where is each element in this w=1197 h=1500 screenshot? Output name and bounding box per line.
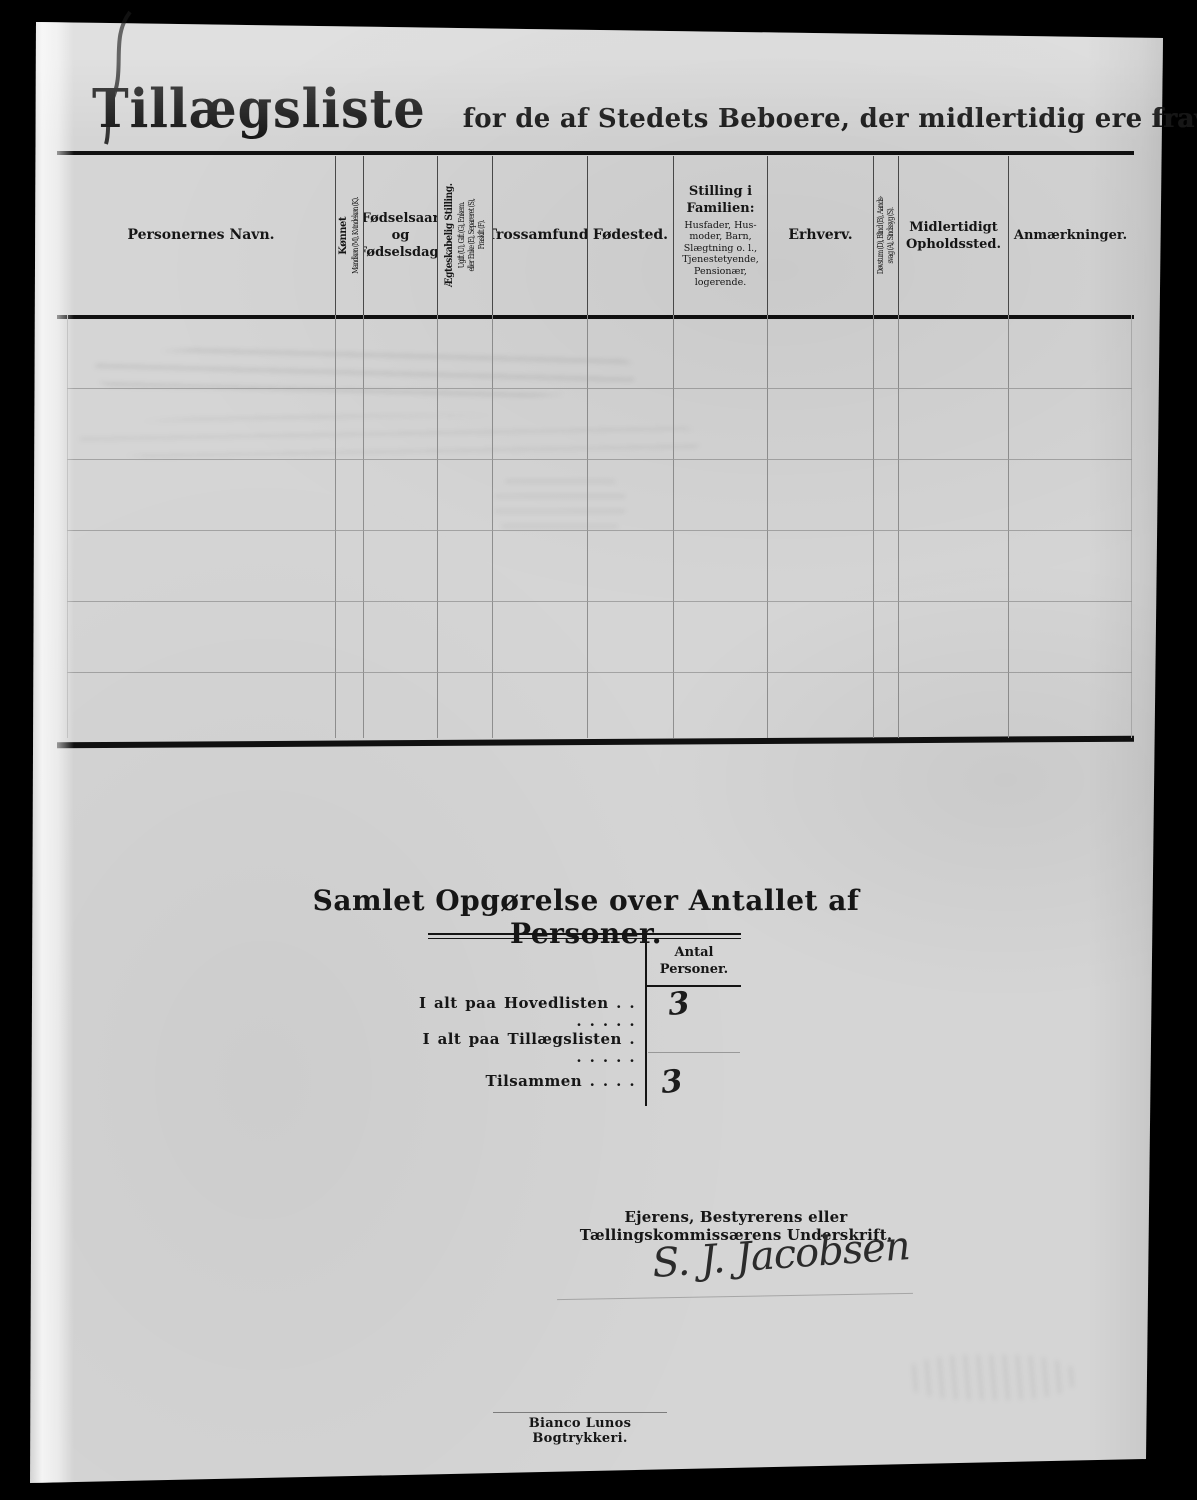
column-sublabel: Husfader, Hus- moder, Barn, Slægtning o.… [682,220,759,289]
summary-mid-rule [648,1052,740,1053]
summary-row-tilsammen-value-handwritten: 3 [659,1063,684,1101]
table-row-line [67,530,1132,531]
table-divider [1008,315,1009,738]
table-row-line [67,459,1132,460]
column-label: Midlertidigt Opholdssted. [906,219,1001,253]
page-title-subtitle-text: for de af Stedets Beboere, der midlertid… [463,104,1143,134]
summary-top-rule [428,933,741,939]
table-divider [492,315,493,738]
column-label: Fødested. [593,227,668,244]
table-row-line [67,388,1132,389]
summary-row-hovedlisten-value-handwritten: 3 [666,985,691,1023]
column-header-stilling-i-familien: Stilling i Familien: Husfader, Hus- mode… [673,156,767,315]
column-header-erhverv: Erhverv. [767,156,873,315]
summary-column-header-line1: Antal [647,944,741,961]
page-title-subtitle: for de af Stedets Beboere, der midlertid… [463,104,1197,134]
table-divider [363,315,364,738]
summary-row-hovedlisten-label: I alt paa Hovedlisten . . . . . . . [415,994,635,1030]
page-title-subtitle-emphasis: fraværende. [1152,104,1197,134]
column-label: Trossamfund. [492,227,587,244]
table-divider [673,315,674,738]
table-top-rule [57,151,1134,155]
column-header-trossamfund: Trossamfund. [492,156,587,315]
column-label: Fødselsaar og Fødselsdag. [363,210,437,261]
column-header-doevstum-blind: Døvstum (D), Blind (B), Aands- svag (A),… [873,156,898,315]
page-title: Tillægslistefor de af Stedets Beboere, d… [92,78,1112,140]
summary-column-header-line2: Personer. [647,961,741,978]
summary-column-header-rule [647,985,741,987]
table-row-line [67,672,1132,673]
column-label: Kønnet [338,217,349,255]
column-label: Ægteskabelig Stilling. [444,184,455,288]
census-table: Personernes Navn. Kønnet Mandkøn (M), Kv… [67,156,1132,738]
census-table-body-empty [67,315,1132,738]
column-header-foedselsaar: Fødselsaar og Fødselsdag. [363,156,437,315]
column-sublabel: Ugift (U), Gift (G), Enkem. eller Enke (… [457,199,487,272]
column-header-midlertidigt-opholdssted: Midlertidigt Opholdssted. [898,156,1008,315]
column-label: Stilling i Familien: [686,183,754,217]
column-header-personernes-navn: Personernes Navn. [67,156,335,315]
summary-heading: Samlet Opgørelse over Antallet af Person… [290,884,882,950]
column-header-anmaerkninger: Anmærkninger. [1008,156,1132,315]
table-divider [335,315,336,738]
printer-rule [493,1412,667,1413]
column-label: Døvstum (D), Blind (B), Aands- svag (A),… [876,197,896,275]
summary-column-header: Antal Personer. [647,944,741,978]
table-divider [437,315,438,738]
page-title-main: Tillægsliste [92,78,426,140]
column-label: Personernes Navn. [127,227,274,244]
printer-imprint: Bianco Lunos Bogtrykkeri. [480,1416,680,1446]
table-divider [873,315,874,738]
table-divider [767,315,768,738]
column-header-koennet: Kønnet Mandkøn (M), Kvindekøn (K). [335,156,363,315]
table-divider [67,315,68,738]
summary-row-tilsammen-label: Tilsammen . . . . [415,1072,635,1090]
scanned-census-page: Tillægslistefor de af Stedets Beboere, d… [0,0,1197,1500]
column-header-foedested: Fødested. [587,156,673,315]
column-header-aegteskabelig-stilling: Ægteskabelig Stilling. Ugift (U), Gift (… [437,156,492,315]
column-label: Anmærkninger. [1014,227,1127,244]
table-row-line [67,601,1132,602]
census-table-header: Personernes Navn. Kønnet Mandkøn (M), Kv… [67,156,1132,315]
table-divider [587,315,588,738]
summary-row-tillaegslisten-label: I alt paa Tillægslisten . . . . . . [415,1030,635,1066]
table-divider [898,315,899,738]
table-divider [1131,315,1132,738]
column-sublabel: Mandkøn (M), Kvindekøn (K). [351,197,361,274]
column-label: Erhverv. [788,227,852,244]
